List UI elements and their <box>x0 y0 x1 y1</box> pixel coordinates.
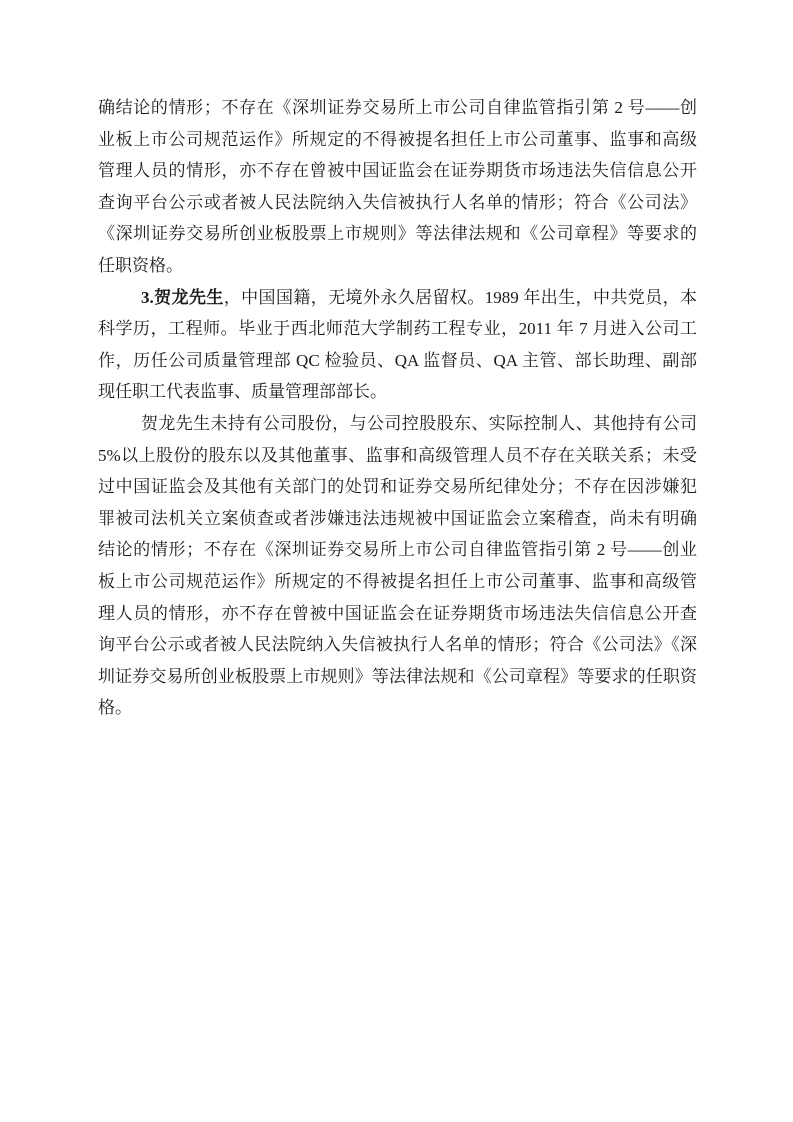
text-run: 询平台公示或者被人民法院纳入失信被执行人名单的情形；符合《公司法》《深 <box>98 635 697 654</box>
text-line: 查询平台公示或者被人民法院纳入失信被执行人名单的情形；符合《公司法》 <box>98 187 697 219</box>
text-line: 罪被司法机关立案侦查或者涉嫌违法违规被中国证监会立案稽查，尚未有明确 <box>98 503 697 535</box>
text-run: 查询平台公示或者被人民法院纳入失信被执行人名单的情形；符合《公司法》 <box>98 193 697 212</box>
text-run: 作，历任公司质量管理部 QC 检验员、QA 监督员、QA 主管、部长助理、副部长… <box>98 351 697 377</box>
text-run: 格。 <box>98 698 132 717</box>
text-run: 圳证券交易所创业板股票上市规则》等法律法规和《公司章程》等要求的任职资 <box>98 667 697 686</box>
text-run: 5%以上股份的股东以及其他董事、监事和高级管理人员不存在关联关系；未受 <box>98 446 697 465</box>
text-line: 圳证券交易所创业板股票上市规则》等法律法规和《公司章程》等要求的任职资 <box>98 661 697 693</box>
text-line: 理人员的情形，亦不存在曾被中国证监会在证券期货市场违法失信信息公开查 <box>98 598 697 630</box>
text-run: 管理人员的情形，亦不存在曾被中国证监会在证券期货市场违法失信信息公开 <box>98 161 697 180</box>
text-line: 作，历任公司质量管理部 QC 检验员、QA 监督员、QA 主管、部长助理、副部长… <box>98 345 697 377</box>
text-line: 确结论的情形；不存在《深圳证券交易所上市公司自律监管指引第 2 号——创 <box>98 92 697 124</box>
text-line: 5%以上股份的股东以及其他董事、监事和高级管理人员不存在关联关系；未受 <box>98 440 697 472</box>
bold-run: 3.贺龙先生 <box>141 288 224 307</box>
text-run: 结论的情形；不存在《深圳证券交易所上市公司自律监管指引第 2 号——创业 <box>98 540 697 559</box>
text-run: 过中国证监会及其他有关部门的处罚和证券交易所纪律处分；不存在因涉嫌犯 <box>98 477 697 496</box>
text-line: 科学历，工程师。毕业于西北师范大学制药工程专业，2011 年 7 月进入公司工 <box>98 313 697 345</box>
text-run: 任职资格。 <box>98 256 183 275</box>
document-body: 确结论的情形；不存在《深圳证券交易所上市公司自律监管指引第 2 号——创业板上市… <box>98 92 697 724</box>
text-line: 板上市公司规范运作》所规定的不得被提名担任上市公司董事、监事和高级管 <box>98 566 697 598</box>
text-run: 《深圳证券交易所创业板股票上市规则》等法律法规和《公司章程》等要求的 <box>98 224 697 243</box>
text-run: 罪被司法机关立案侦查或者涉嫌违法违规被中国证监会立案稽查，尚未有明确 <box>98 509 697 528</box>
text-line: 过中国证监会及其他有关部门的处罚和证券交易所纪律处分；不存在因涉嫌犯 <box>98 471 697 503</box>
text-run: 确结论的情形；不存在《深圳证券交易所上市公司自律监管指引第 2 号——创 <box>98 98 697 117</box>
text-run: 贺龙先生未持有公司股份，与公司控股股东、实际控制人、其他持有公司 <box>141 414 697 433</box>
text-run: 理人员的情形，亦不存在曾被中国证监会在证券期货市场违法失信信息公开查 <box>98 604 697 623</box>
text-line: 管理人员的情形，亦不存在曾被中国证监会在证券期货市场违法失信信息公开 <box>98 155 697 187</box>
text-run: 业板上市公司规范运作》所规定的不得被提名担任上市公司董事、监事和高级 <box>98 130 697 149</box>
text-line: 贺龙先生未持有公司股份，与公司控股股东、实际控制人、其他持有公司 <box>98 408 697 440</box>
text-line: 任职资格。 <box>98 250 697 282</box>
text-line: 询平台公示或者被人民法院纳入失信被执行人名单的情形；符合《公司法》《深 <box>98 629 697 661</box>
text-run: 板上市公司规范运作》所规定的不得被提名担任上市公司董事、监事和高级管 <box>98 572 697 591</box>
text-run: 现任职工代表监事、质量管理部部长。 <box>98 382 387 401</box>
text-line: 格。 <box>98 692 697 724</box>
text-line: 现任职工代表监事、质量管理部部长。 <box>98 376 697 408</box>
text-line: 3.贺龙先生，中国国籍，无境外永久居留权。1989 年出生，中共党员，本 <box>98 282 697 314</box>
text-run: 科学历，工程师。毕业于西北师范大学制药工程专业，2011 年 7 月进入公司工 <box>98 319 697 338</box>
text-run: ，中国国籍，无境外永久居留权。1989 年出生，中共党员，本 <box>224 288 697 307</box>
text-line: 业板上市公司规范运作》所规定的不得被提名担任上市公司董事、监事和高级 <box>98 124 697 156</box>
text-line: 《深圳证券交易所创业板股票上市规则》等法律法规和《公司章程》等要求的 <box>98 218 697 250</box>
text-line: 结论的情形；不存在《深圳证券交易所上市公司自律监管指引第 2 号——创业 <box>98 534 697 566</box>
document-page: 确结论的情形；不存在《深圳证券交易所上市公司自律监管指引第 2 号——创业板上市… <box>0 0 793 1122</box>
